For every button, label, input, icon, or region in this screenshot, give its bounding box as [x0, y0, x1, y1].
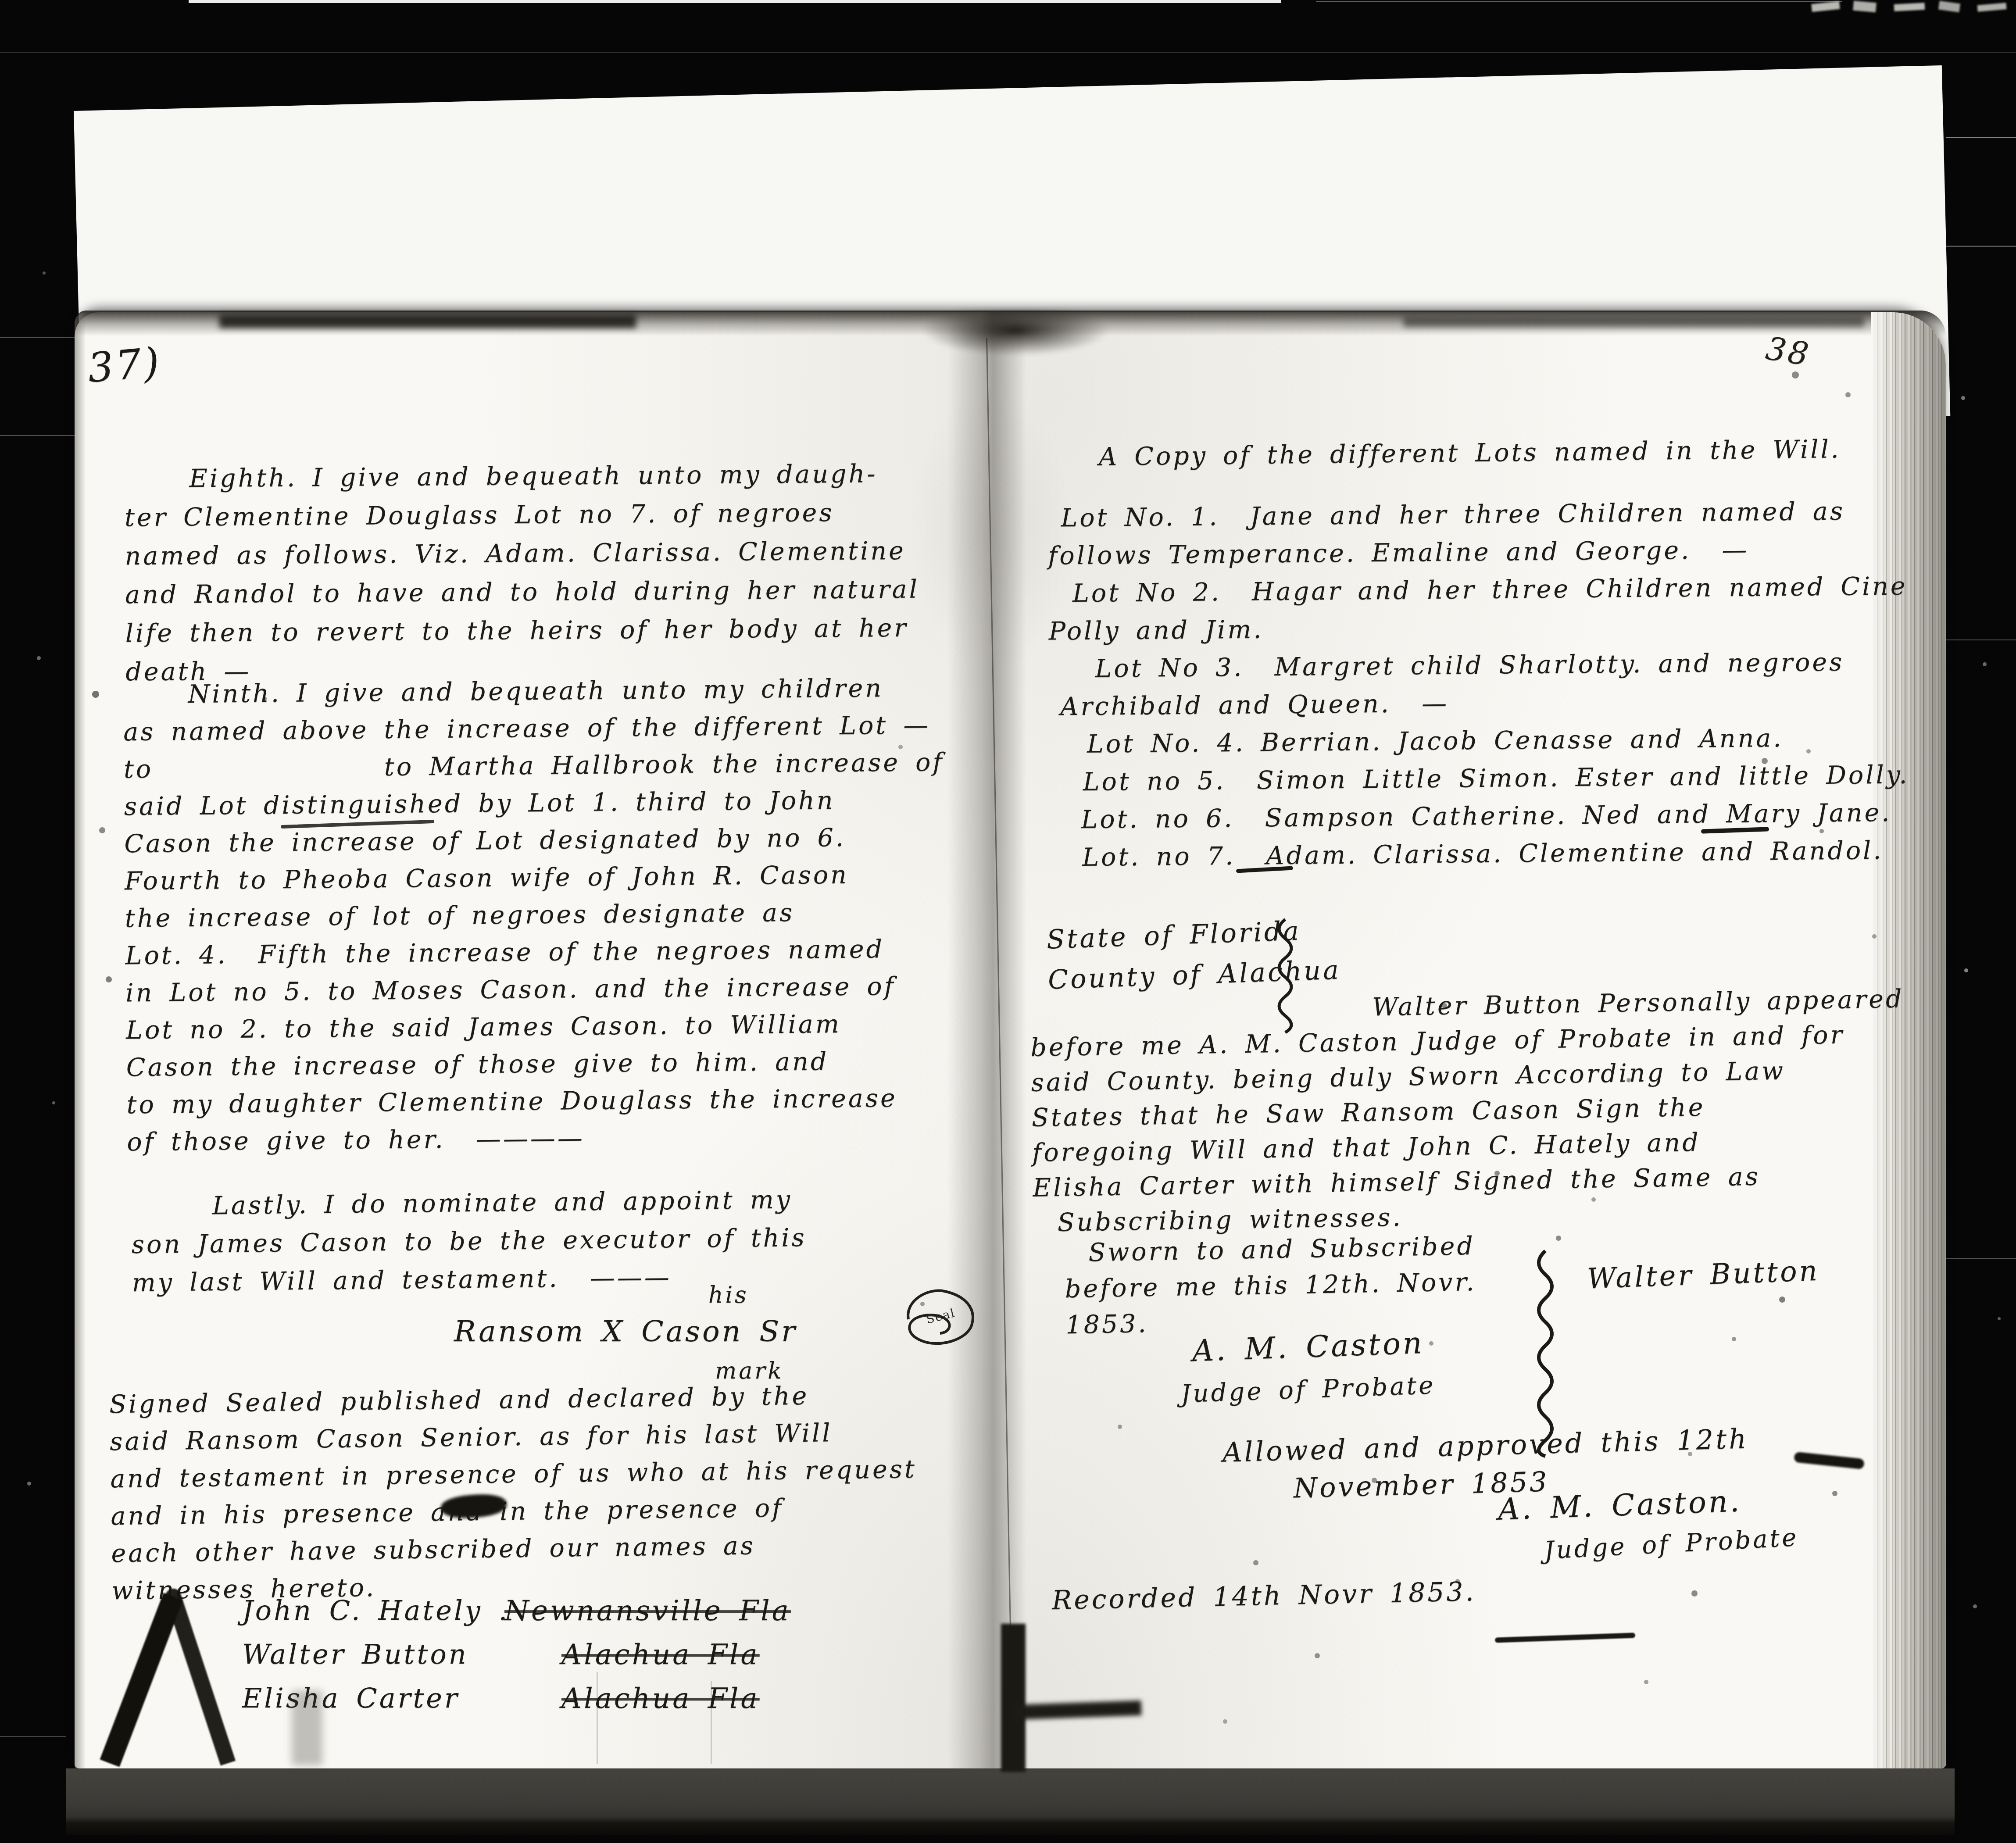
judge-title: Judge of Probate: [1544, 1524, 1799, 1564]
film-edge-mark: [1938, 1, 1960, 12]
judge-signature: A. M. Caston: [1192, 1327, 1425, 1368]
lots-heading: A Copy of the different Lots named in th…: [1099, 436, 1841, 471]
recorded-note: Recorded 14th Novr 1853.: [1051, 1577, 1476, 1615]
ink-blot: [1794, 1452, 1865, 1470]
film-edge-mark: [1853, 1, 1877, 12]
book-bottom-edge-shadow: [66, 1768, 1955, 1835]
film-scratch: [0, 337, 75, 338]
film-scratch: [0, 435, 75, 436]
judge-signature: A. M. Caston.: [1498, 1485, 1742, 1526]
page-number-right: 38: [1763, 331, 1813, 372]
film-scratch: [1942, 1258, 2016, 1259]
film-edge-mark: [1811, 1, 1840, 12]
lot-line: Lot. no 7. Adam. Clarissa. Clementine an…: [1051, 836, 1910, 882]
film-scratch: [1316, 1, 1842, 2]
judge-title: Judge of Probate: [1180, 1372, 1436, 1408]
film-scratch: [1946, 246, 2016, 247]
film-edge-mark: [1894, 3, 1925, 11]
film-scratch: [0, 52, 2016, 53]
film-scratch: [189, 0, 1281, 3]
film-scratch: [0, 1736, 66, 1737]
film-edge-mark: [1977, 3, 2006, 12]
affidavit: Walter Button Personally appeared before…: [1030, 985, 1908, 1244]
film-scratch: [1943, 639, 2016, 640]
lots-list: Lot No. 1. Jane and her three Children n…: [1047, 497, 1910, 882]
ink-dash: [1495, 1632, 1635, 1643]
film-scratch: [1946, 137, 2016, 138]
record-book-spread: 37) Eighth. I give and bequeath unto my …: [75, 312, 1946, 1768]
walter-button-signature: Walter Button: [1587, 1256, 1820, 1295]
microfilm-scan: 37) Eighth. I give and bequeath unto my …: [0, 0, 2016, 1843]
film-dust-specks: [0, 0, 2, 2]
page-38: 38 A Copy of the different Lots named in…: [75, 312, 1946, 1768]
